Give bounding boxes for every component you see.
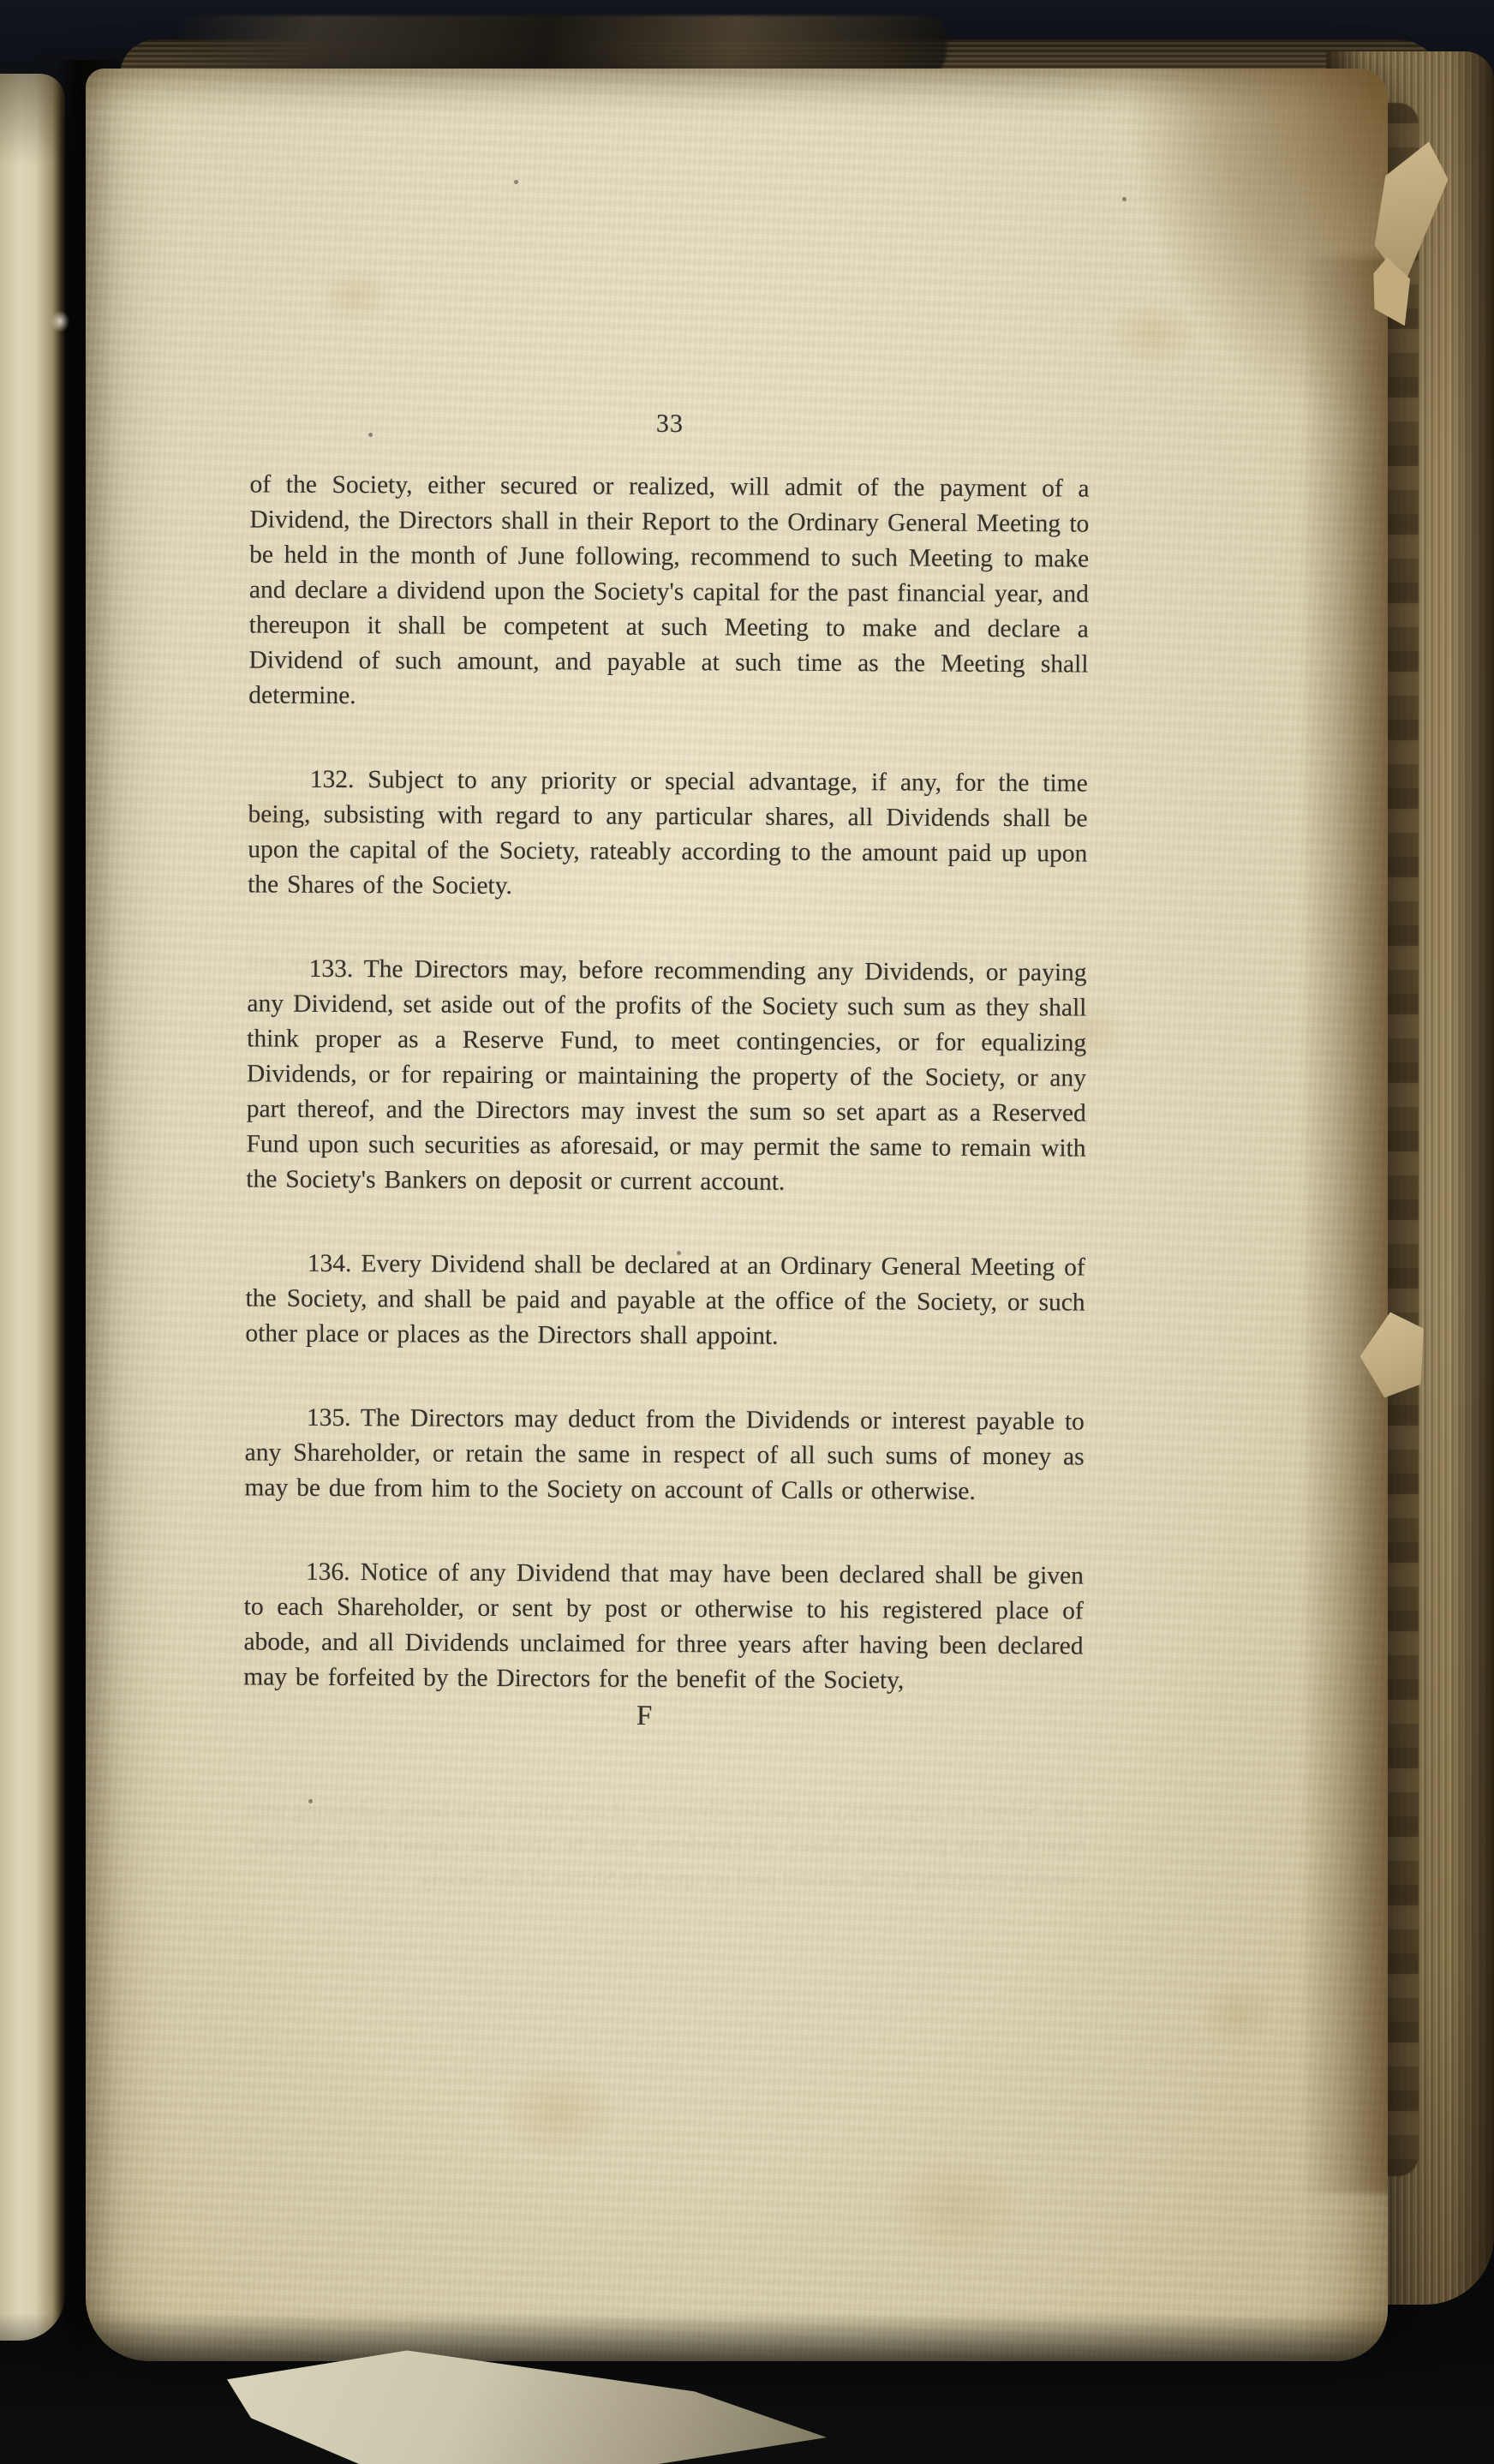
foxing-speck	[1122, 197, 1126, 201]
article-134-paragraph: 134. Every Dividend shall be declared at…	[245, 1246, 1085, 1355]
book-page: 134. Every Dividend shall be declared at…	[86, 69, 1388, 2361]
stain	[1105, 300, 1199, 368]
right-edge-wear	[1299, 257, 1388, 2193]
gutter-paper-bit	[47, 307, 73, 336]
article-132-paragraph: 132. Subject to any priority or special …	[248, 762, 1088, 906]
article-135-paragraph: 135. The Directors may deduct from the D…	[244, 1400, 1085, 1510]
facing-page-edge	[0, 74, 65, 2341]
signature-mark: F	[224, 1698, 1064, 1734]
stain	[882, 2150, 1028, 2262]
stain	[497, 2065, 617, 2159]
page-number: 33	[250, 407, 1090, 440]
article-136-paragraph: 136. Notice of any Dividend that may hav…	[243, 1554, 1084, 1699]
book-photograph: 134. Every Dividend shall be declared at…	[0, 0, 1494, 2464]
show-through-text: 132. Subject to any priority or special …	[247, 1792, 1086, 1904]
foxing-speck	[514, 180, 518, 184]
stain	[1199, 1979, 1276, 2048]
article-133-paragraph: 133. The Directors may, before recommend…	[246, 951, 1086, 1201]
stain	[317, 266, 394, 326]
continuation-paragraph: of the Society, either secured or realiz…	[248, 467, 1089, 717]
text-block: 33 of the Society, either secured or rea…	[243, 407, 1090, 1734]
